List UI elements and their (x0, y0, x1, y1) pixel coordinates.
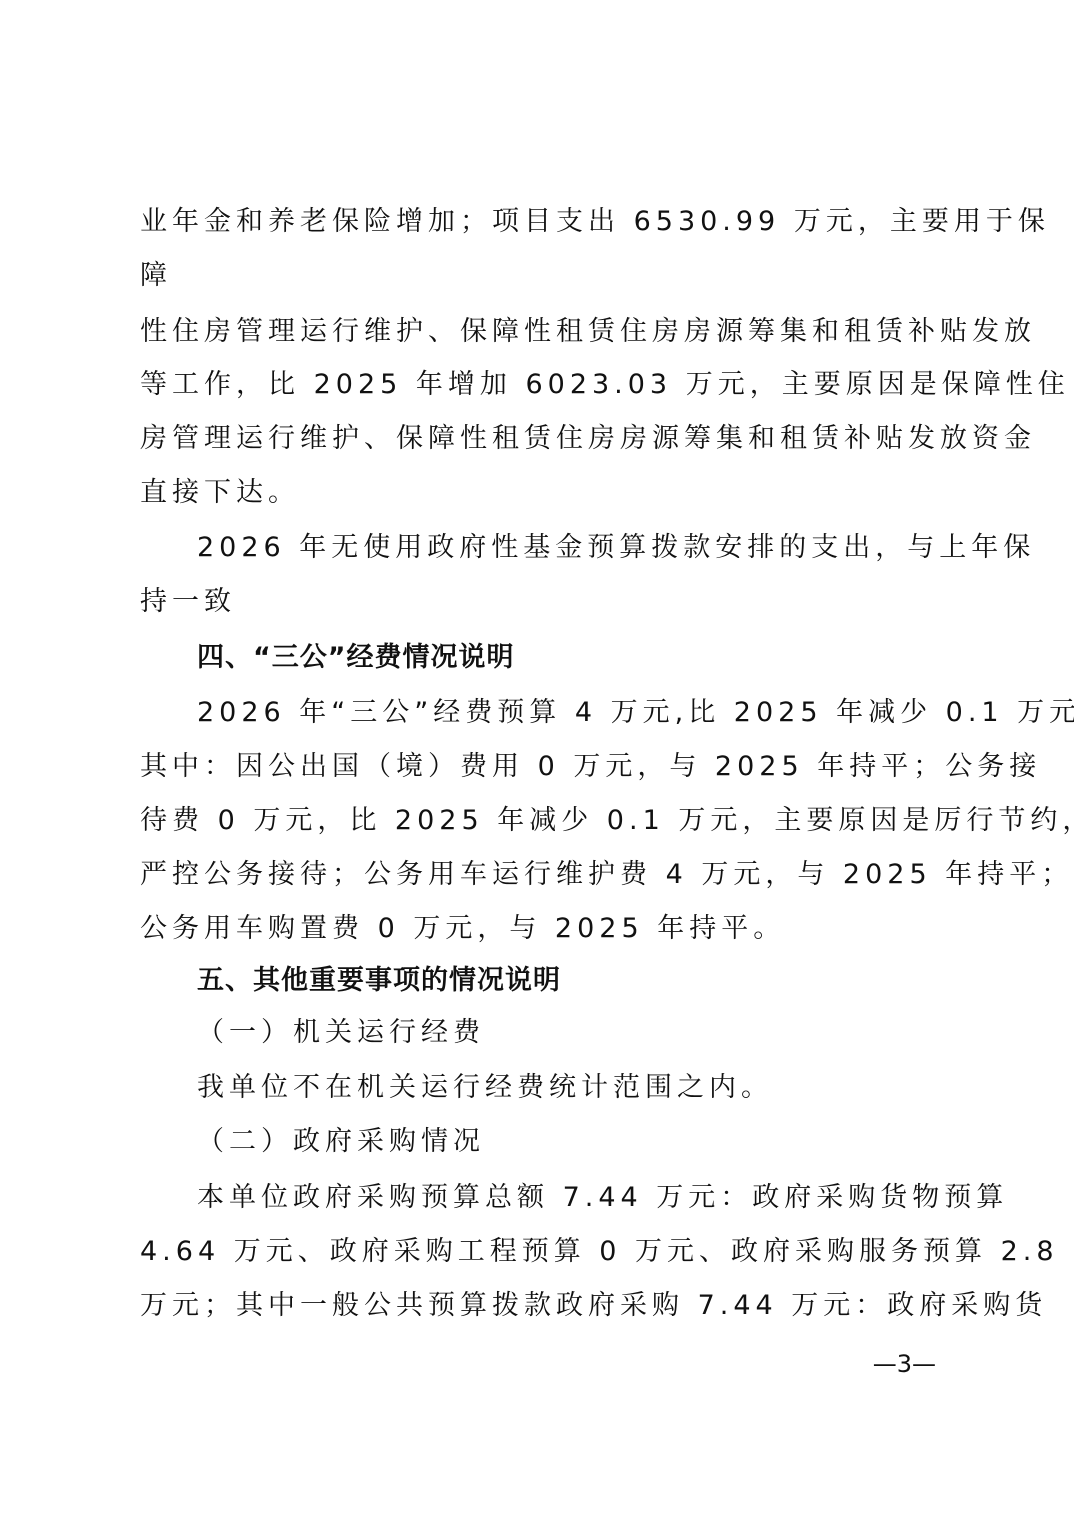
text-line: 性住房管理运行维护、保障性租赁住房房源筹集和租赁补贴发放 (140, 314, 1036, 350)
text-line: 障 (140, 258, 172, 294)
text-line: 公务用车购置费 0 万元，与 2025 年持平。 (140, 911, 785, 947)
page-number: —3— (873, 1350, 936, 1378)
text-line: 待费 0 万元，比 2025 年减少 0.1 万元，主要原因是厉行节约， (140, 803, 1074, 839)
text-line: 2026 年“三公”经费预算 4 万元,比 2025 年减少 0.1 万元。 (197, 695, 1074, 731)
text-line: 4.64 万元、政府采购工程预算 0 万元、政府采购服务预算 2.8 (140, 1234, 1059, 1270)
text-line: 业年金和养老保险增加；项目支出 6530.99 万元，主要用于保 (140, 204, 1050, 240)
text-line: 我单位不在机关运行经费统计范围之内。 (197, 1070, 773, 1106)
text-line: 持一致 (140, 584, 236, 620)
section-heading: 四、“三公”经费情况说明 (197, 640, 515, 676)
text-line: （一）机关运行经费 (197, 1015, 485, 1051)
text-line: 严控公务接待；公务用车运行维护费 4 万元，与 2025 年持平； (140, 857, 1073, 893)
text-line: 等工作，比 2025 年增加 6023.03 万元，主要原因是保障性住 (140, 367, 1070, 403)
text-line: 本单位政府采购预算总额 7.44 万元：政府采购货物预算 (197, 1180, 1008, 1216)
text-line: 房管理运行维护、保障性租赁住房房源筹集和租赁补贴发放资金 (140, 421, 1036, 457)
text-line: 直接下达。 (140, 475, 300, 511)
text-line: 其中：因公出国（境）费用 0 万元，与 2025 年持平；公务接 (140, 749, 1041, 785)
text-line: 万元；其中一般公共预算拨款政府采购 7.44 万元：政府采购货 (140, 1288, 1047, 1324)
text-line: （二）政府采购情况 (197, 1124, 485, 1160)
section-heading: 五、其他重要事项的情况说明 (197, 963, 561, 999)
text-line: 2026 年无使用政府性基金预算拨款安排的支出，与上年保 (197, 530, 1035, 566)
